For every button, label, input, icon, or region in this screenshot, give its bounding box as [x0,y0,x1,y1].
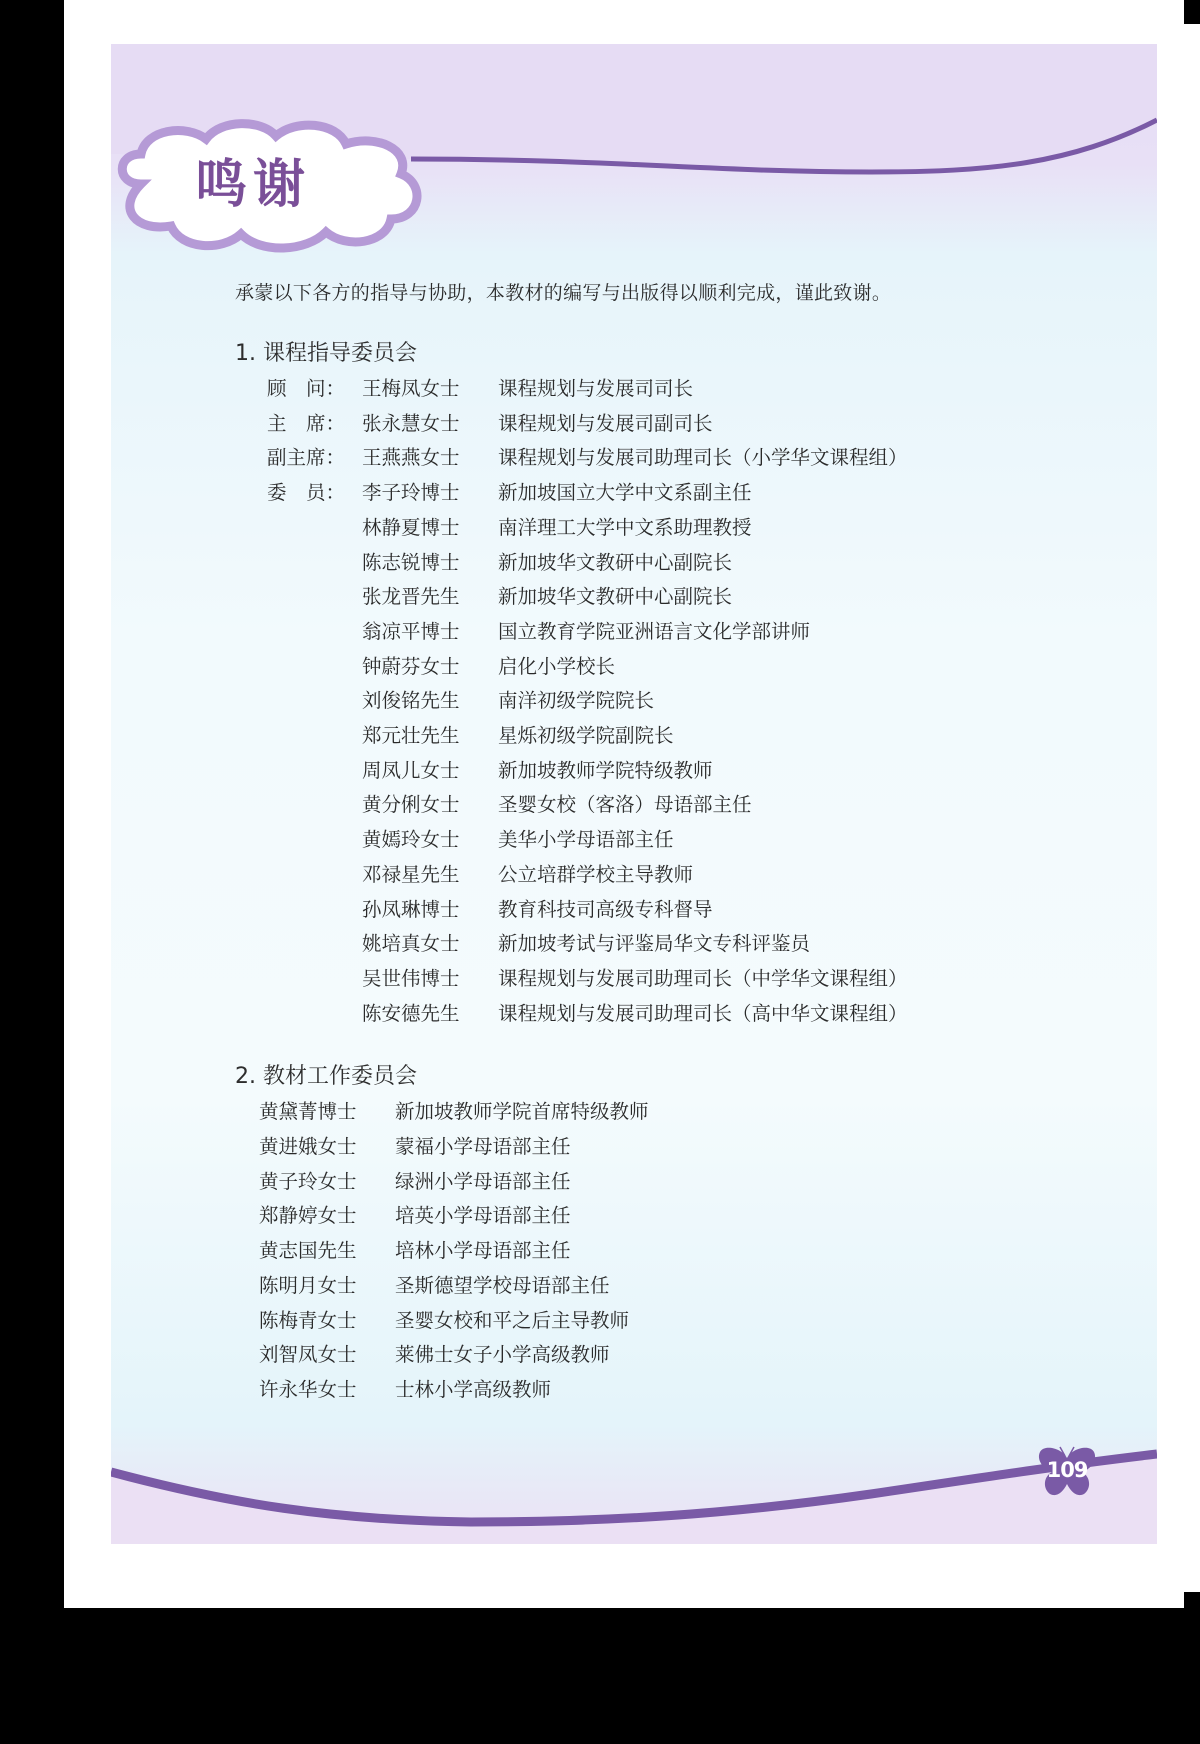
person-name: 黄志国先生 [259,1234,395,1269]
person-name: 黄进娥女士 [259,1130,395,1165]
section-textbook-committee: 2. 教材工作委员会 黄黛菁博士新加坡教师学院首席特级教师 黄进娥女士蒙福小学母… [235,1061,1095,1407]
list-item: 黄黛菁博士新加坡教师学院首席特级教师 [259,1095,1095,1130]
person-title: 士林小学高级教师 [395,1373,1095,1408]
list-item: 钟蔚芬女士启化小学校长 [267,650,1095,685]
person-name: 郑静婷女士 [259,1199,395,1234]
role-label [267,893,362,928]
person-name: 郑元壮先生 [362,719,498,754]
section-curriculum-committee: 1. 课程指导委员会 顾 问：王梅凤女士课程规划与发展司司长 主 席：张永慧女士… [235,338,1095,1031]
list-item: 许永华女士士林小学高级教师 [259,1373,1095,1408]
person-title: 启化小学校长 [498,650,1095,685]
page-number: 109 [1042,1458,1092,1482]
role-label [267,823,362,858]
person-title: 圣婴女校（客洛）母语部主任 [498,788,1095,823]
person-name: 李子玲博士 [362,476,498,511]
intro-text: 承蒙以下各方的指导与协助，本教材的编写与出版得以顺利完成，谨此致谢。 [235,278,1095,308]
role-label: 委 员： [267,476,362,511]
person-name: 黄嫣玲女士 [362,823,498,858]
list-item: 刘智凤女士莱佛士女子小学高级教师 [259,1338,1095,1373]
person-name: 张龙晋先生 [362,580,498,615]
person-title: 国立教育学院亚洲语言文化学部讲师 [498,615,1095,650]
person-name: 吴世伟博士 [362,962,498,997]
list-item: 黄子玲女士绿洲小学母语部主任 [259,1165,1095,1200]
list-item: 邓禄星先生公立培群学校主导教师 [267,858,1095,893]
person-title: 课程规划与发展司助理司长（高中华文课程组） [498,997,1095,1032]
section-heading: 2. 教材工作委员会 [235,1061,1095,1093]
person-title: 南洋理工大学中文系助理教授 [498,511,1095,546]
person-name: 孙凤琳博士 [362,893,498,928]
list-item: 孙凤琳博士教育科技司高级专科督导 [267,893,1095,928]
person-title: 新加坡国立大学中文系副主任 [498,476,1095,511]
role-label [267,858,362,893]
person-title: 新加坡教师学院首席特级教师 [395,1095,1095,1130]
person-title: 圣斯德望学校母语部主任 [395,1269,1095,1304]
role-label [267,962,362,997]
list-item: 黄嫣玲女士美华小学母语部主任 [267,823,1095,858]
person-name: 刘智凤女士 [259,1338,395,1373]
role-label [267,719,362,754]
role-label [267,684,362,719]
list-item: 林静夏博士南洋理工大学中文系助理教授 [267,511,1095,546]
person-name: 许永华女士 [259,1373,395,1408]
role-label: 顾 问： [267,372,362,407]
list-item: 郑元壮先生星烁初级学院副院长 [267,719,1095,754]
person-name: 姚培真女士 [362,927,498,962]
list-item: 陈安德先生课程规划与发展司助理司长（高中华文课程组） [267,997,1095,1032]
scan-edge [1184,0,1200,24]
person-title: 公立培群学校主导教师 [498,858,1095,893]
list-item: 陈明月女士圣斯德望学校母语部主任 [259,1269,1095,1304]
person-title: 新加坡教师学院特级教师 [498,754,1095,789]
person-name: 钟蔚芬女士 [362,650,498,685]
section-heading: 1. 课程指导委员会 [235,338,1095,370]
role-label: 主 席： [267,407,362,442]
list-item: 翁凉平博士国立教育学院亚洲语言文化学部讲师 [267,615,1095,650]
role-label [267,754,362,789]
person-name: 张永慧女士 [362,407,498,442]
role-label [267,546,362,581]
list-item: 郑静婷女士培英小学母语部主任 [259,1199,1095,1234]
person-title: 课程规划与发展司助理司长（中学华文课程组） [498,962,1095,997]
person-name: 林静夏博士 [362,511,498,546]
person-name: 周凤儿女士 [362,754,498,789]
list-item: 张龙晋先生新加坡华文教研中心副院长 [267,580,1095,615]
person-name: 黄黛菁博士 [259,1095,395,1130]
person-title: 圣婴女校和平之后主导教师 [395,1304,1095,1339]
book-page: 鸣谢 承蒙以下各方的指导与协助，本教材的编写与出版得以顺利完成，谨此致谢。 1.… [111,44,1157,1544]
person-title: 蒙福小学母语部主任 [395,1130,1095,1165]
person-title: 星烁初级学院副院长 [498,719,1095,754]
list-item: 黄进娥女士蒙福小学母语部主任 [259,1130,1095,1165]
person-name: 陈明月女士 [259,1269,395,1304]
person-title: 南洋初级学院院长 [498,684,1095,719]
person-title: 教育科技司高级专科督导 [498,893,1095,928]
person-title: 莱佛士女子小学高级教师 [395,1338,1095,1373]
person-name: 王燕燕女士 [362,441,498,476]
acknowledgements-content: 承蒙以下各方的指导与协助，本教材的编写与出版得以顺利完成，谨此致谢。 1. 课程… [235,278,1095,1408]
list-item: 周凤儿女士新加坡教师学院特级教师 [267,754,1095,789]
role-label [267,788,362,823]
list-item: 刘俊铭先生南洋初级学院院长 [267,684,1095,719]
person-title: 课程规划与发展司司长 [498,372,1095,407]
role-label [267,580,362,615]
person-name: 陈安德先生 [362,997,498,1032]
person-name: 邓禄星先生 [362,858,498,893]
role-label [267,927,362,962]
person-name: 王梅凤女士 [362,372,498,407]
person-title: 美华小学母语部主任 [498,823,1095,858]
list-item: 陈梅青女士圣婴女校和平之后主导教师 [259,1304,1095,1339]
scan-edge [1184,24,1200,1592]
person-name: 黄分俐女士 [362,788,498,823]
person-name: 陈梅青女士 [259,1304,395,1339]
person-name: 刘俊铭先生 [362,684,498,719]
page-title: 鸣谢 [195,142,311,217]
list-item: 主 席：张永慧女士课程规划与发展司副司长 [267,407,1095,442]
person-title: 培英小学母语部主任 [395,1199,1095,1234]
list-item: 陈志锐博士新加坡华文教研中心副院长 [267,546,1095,581]
person-name: 翁凉平博士 [362,615,498,650]
list-item: 委 员：李子玲博士新加坡国立大学中文系副主任 [267,476,1095,511]
person-title: 课程规划与发展司助理司长（小学华文课程组） [498,441,1095,476]
person-title: 新加坡考试与评鉴局华文专科评鉴员 [498,927,1095,962]
person-title: 新加坡华文教研中心副院长 [498,580,1095,615]
role-label: 副主席： [267,441,362,476]
scan-edge [1184,1592,1200,1744]
list-item: 姚培真女士新加坡考试与评鉴局华文专科评鉴员 [267,927,1095,962]
role-label [267,650,362,685]
person-name: 黄子玲女士 [259,1165,395,1200]
person-title: 绿洲小学母语部主任 [395,1165,1095,1200]
role-label [267,997,362,1032]
role-label [267,511,362,546]
person-name: 陈志锐博士 [362,546,498,581]
person-title: 新加坡华文教研中心副院长 [498,546,1095,581]
list-item: 黄志国先生培林小学母语部主任 [259,1234,1095,1269]
list-item: 副主席：王燕燕女士课程规划与发展司助理司长（小学华文课程组） [267,441,1095,476]
role-label [267,615,362,650]
list-item: 顾 问：王梅凤女士课程规划与发展司司长 [267,372,1095,407]
person-title: 课程规划与发展司副司长 [498,407,1095,442]
list-item: 吴世伟博士课程规划与发展司助理司长（中学华文课程组） [267,962,1095,997]
list-item: 黄分俐女士圣婴女校（客洛）母语部主任 [267,788,1095,823]
person-title: 培林小学母语部主任 [395,1234,1095,1269]
